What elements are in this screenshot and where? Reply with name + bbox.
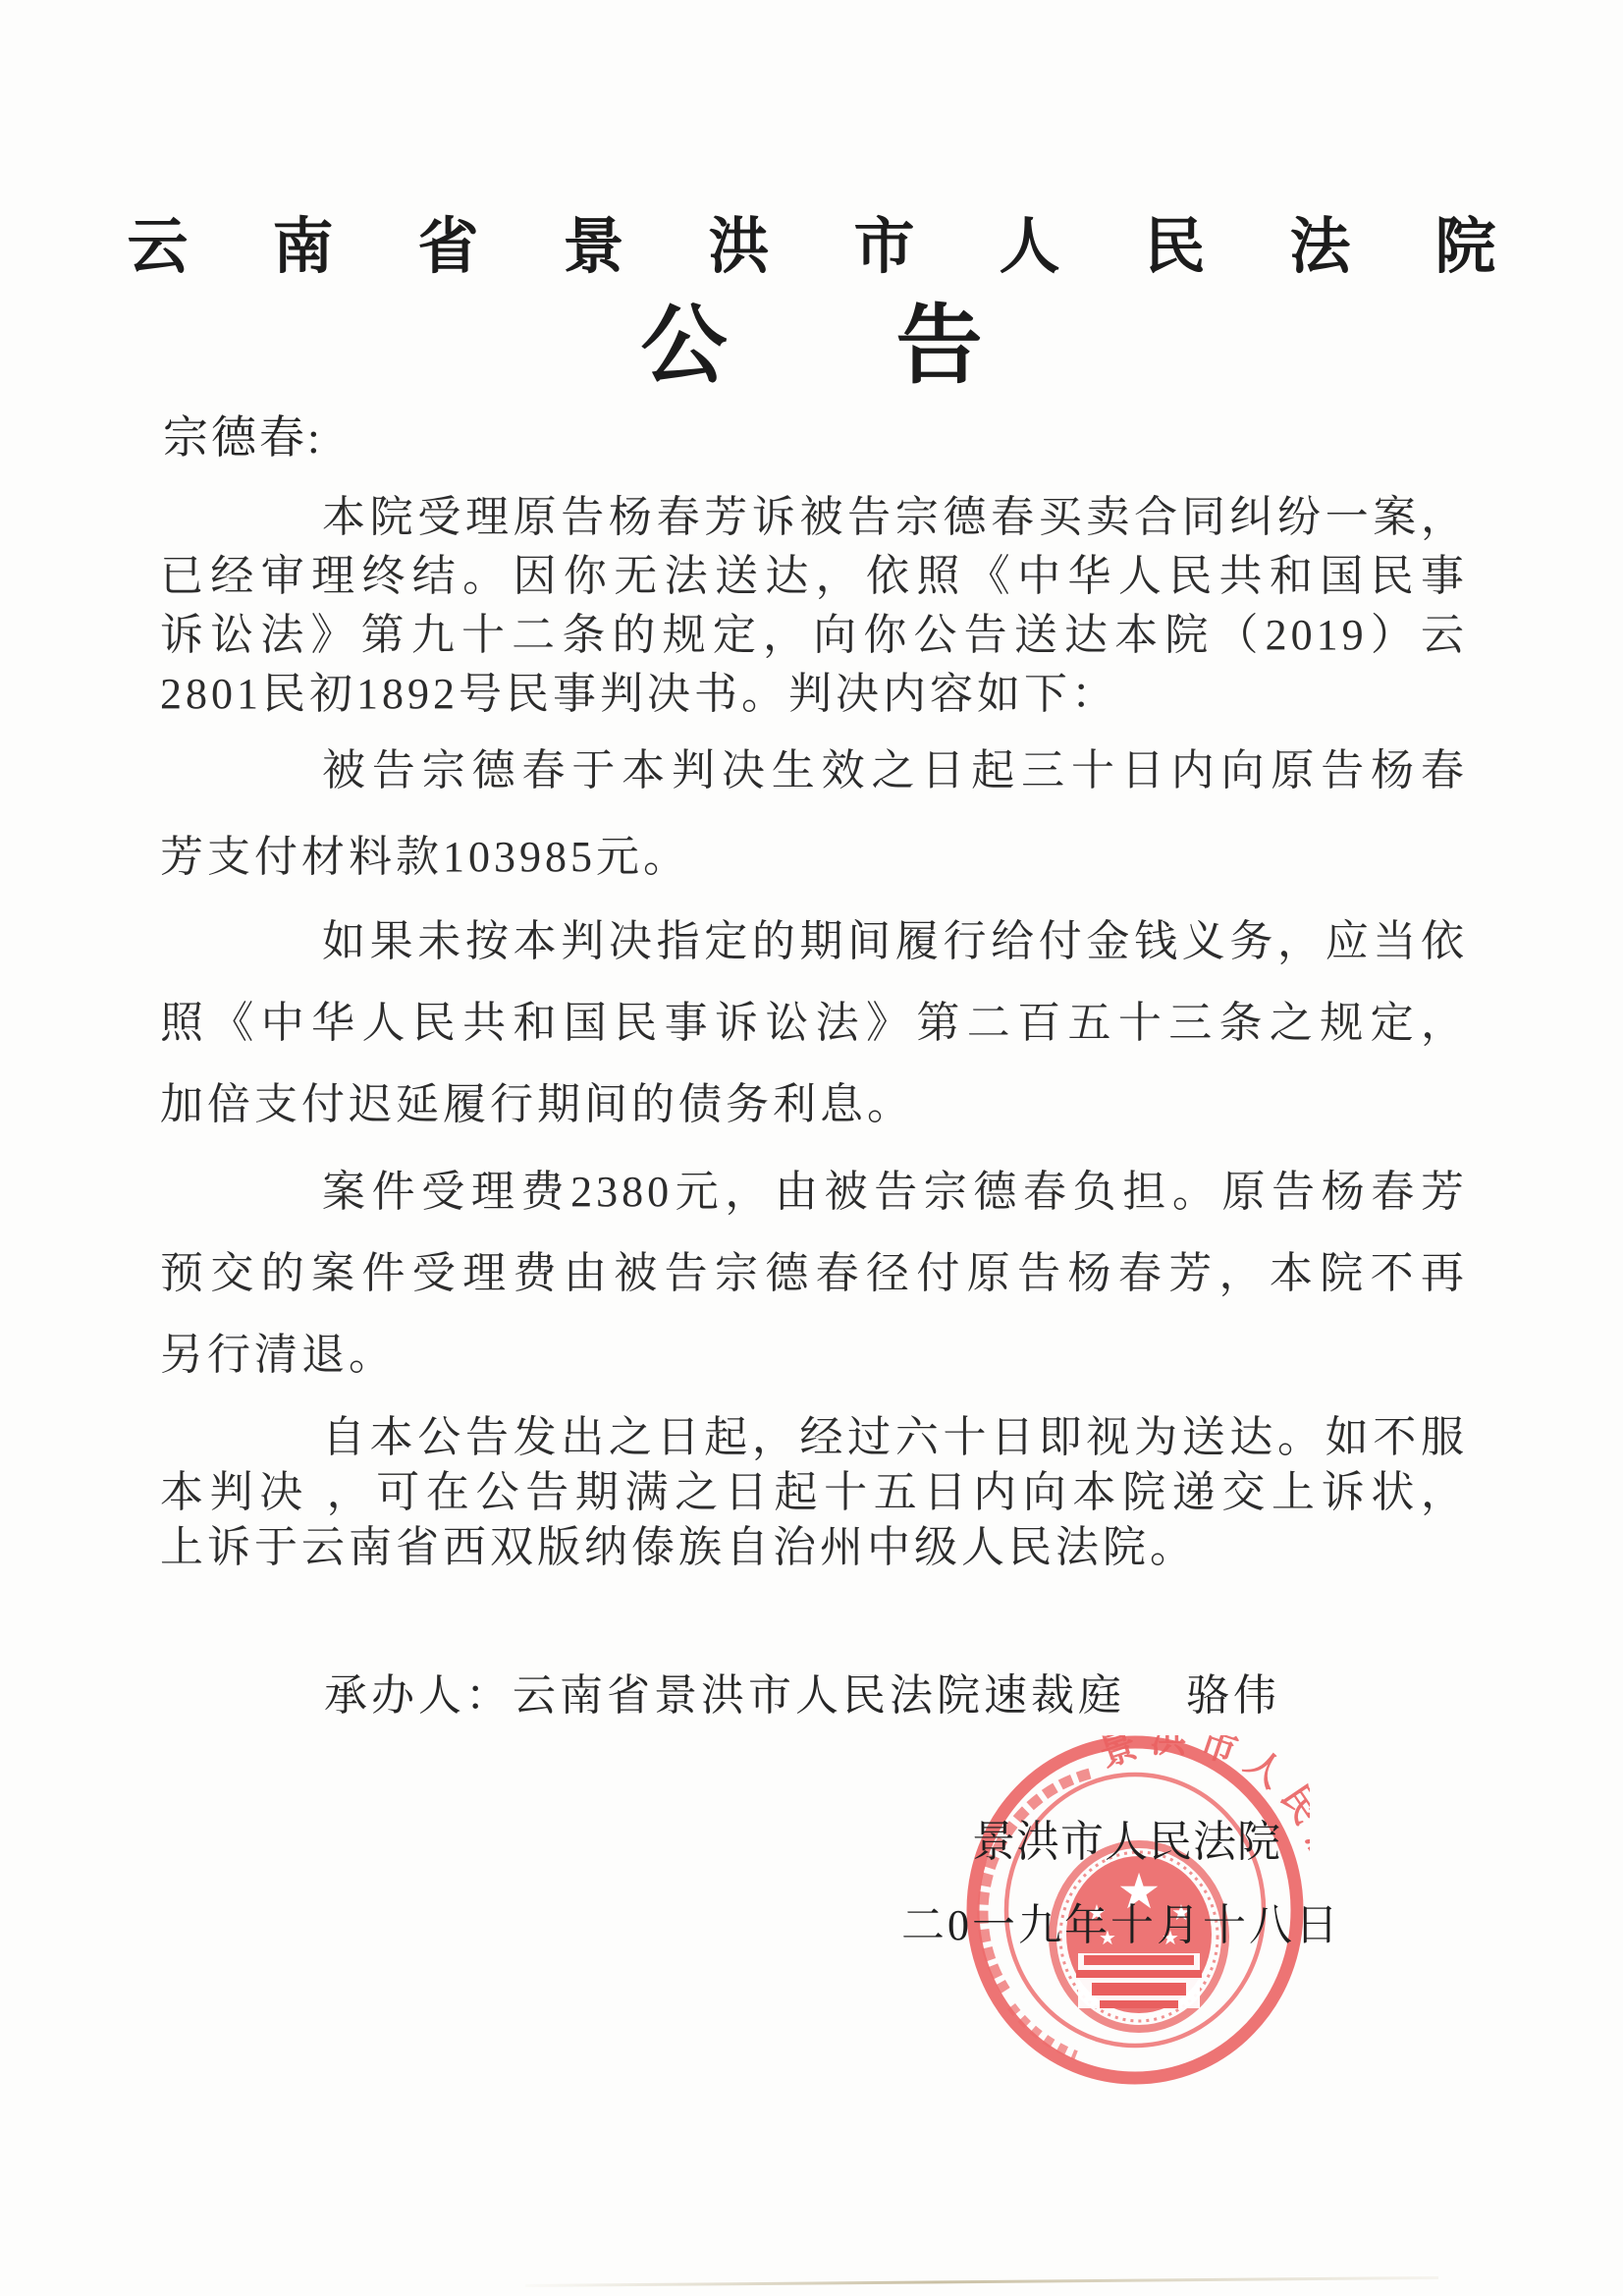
text-line: 加倍支付迟延履行期间的债务利息。 bbox=[160, 1064, 1468, 1145]
gate-roof bbox=[1084, 1955, 1194, 1965]
text-line: 芳支付材料款103985元。 bbox=[160, 814, 1468, 901]
paragraph-judgment-payment: 被告宗德春于本判决生效之日起三十日内向原告杨春 芳支付材料款103985元。 bbox=[160, 728, 1468, 901]
text-line: 上诉于云南省西双版纳傣族自治州中级人民法院。 bbox=[160, 1520, 1468, 1575]
handler-name: 骆伟 bbox=[1186, 1671, 1280, 1720]
paragraph-service-appeal: 自本公告发出之日起，经过六十日即视为送达。如不服 本判决 ，可在公告期满之日起十… bbox=[160, 1410, 1468, 1575]
doc-title: 公告 bbox=[0, 301, 1623, 391]
signature-court-name: 景洪市人民法院 bbox=[972, 1818, 1281, 1867]
gate-body bbox=[1092, 1983, 1186, 1995]
addressee-name: 宗德春: bbox=[163, 412, 323, 464]
gate-eave bbox=[1076, 1970, 1202, 1978]
scan-artifact-line bbox=[525, 2276, 1438, 2287]
signature-date: 二0一九年十月十八日 bbox=[901, 1901, 1341, 1950]
handler-line: 承办人：云南省景洪市人民法院速裁庭骆伟 bbox=[324, 1667, 1280, 1725]
text-line: 2801民初1892号民事判决书。判决内容如下： bbox=[160, 665, 1468, 724]
handler-label: 承办人：云南省景洪市人民法院速裁庭 bbox=[324, 1671, 1125, 1720]
text-line: 本判决 ，可在公告期满之日起十五日内向本院递交上诉状， bbox=[160, 1465, 1468, 1520]
paragraph-late-interest: 如果未按本判决指定的期间履行给付金钱义务，应当依 照《中华人民共和国民事诉讼法》… bbox=[160, 901, 1468, 1145]
text-line: 预交的案件受理费由被告宗德春径付原告杨春芳，本院不再 bbox=[160, 1232, 1468, 1314]
text-line: 诉讼法》第九十二条的规定，向你公告送达本院（2019）云 bbox=[160, 606, 1468, 665]
text-line: 已经审理终结。因你无法送达，依照《中华人民共和国民事 bbox=[160, 547, 1468, 606]
court-title: 云南省景洪市人民法院 bbox=[0, 215, 1623, 280]
text-line: 另行清退。 bbox=[160, 1314, 1468, 1395]
paragraph-court-fees: 案件受理费2380元，由被告宗德春负担。原告杨春芳 预交的案件受理费由被告宗德春… bbox=[160, 1151, 1468, 1395]
text-line: 本院受理原告杨春芳诉被告宗德春买卖合同纠纷一案， bbox=[160, 488, 1468, 547]
text-line: 自本公告发出之日起，经过六十日即视为送达。如不服 bbox=[160, 1410, 1468, 1465]
text-line: 案件受理费2380元，由被告宗德春负担。原告杨春芳 bbox=[160, 1151, 1468, 1232]
gate-base bbox=[1100, 2000, 1178, 2008]
text-line: 被告宗德春于本判决生效之日起三十日内向原告杨春 bbox=[160, 728, 1468, 814]
text-line: 照《中华人民共和国民事诉讼法》第二百五十三条之规定， bbox=[160, 982, 1468, 1064]
paragraph-case-intro: 本院受理原告杨春芳诉被告宗德春买卖合同纠纷一案， 已经审理终结。因你无法送达，依… bbox=[160, 488, 1468, 724]
text-line: 如果未按本判决指定的期间履行给付金钱义务，应当依 bbox=[160, 901, 1468, 982]
scanned-court-notice-page: { "header": { "court_title": "云南省景洪市人民法院… bbox=[0, 0, 1623, 2296]
